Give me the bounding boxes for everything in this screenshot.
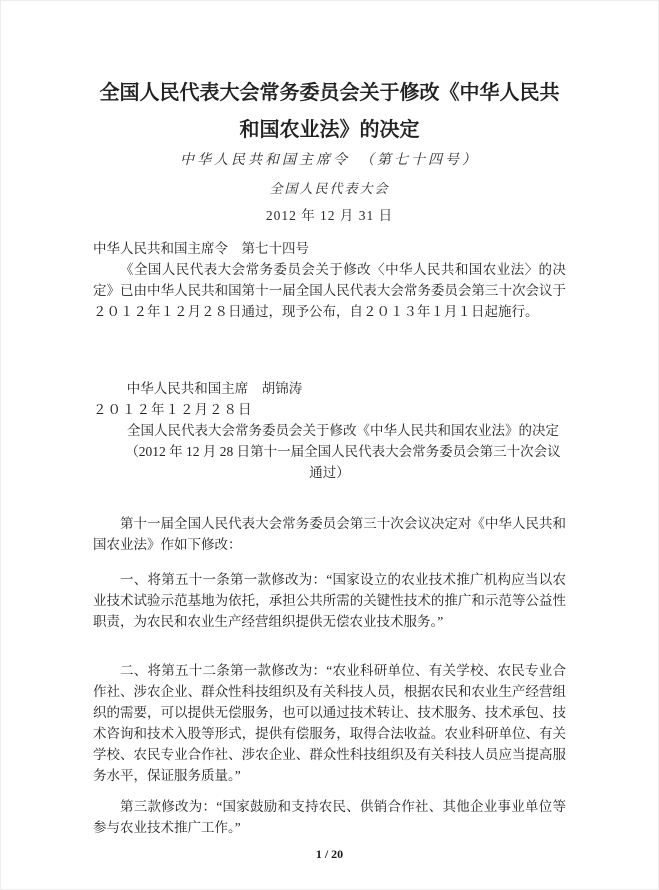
- issuing-organization: 全国人民代表大会: [1, 179, 658, 199]
- amendment-paragraph-1: 一、将第五十一条第一款修改为：“国家设立的农业技术推广机构应当以农业技术试验示范…: [93, 569, 566, 632]
- signature-date: ２０１２年１２月２８日: [93, 399, 566, 420]
- document-page: 全国人民代表大会常务委员会关于修改《中华人民共和国农业法》的决定 中华人民共和国…: [0, 0, 659, 890]
- amendment-paragraph-2: 二、将第五十二条第一款修改为：“农业科研单位、有关学校、农民专业合作社、涉农企业…: [93, 660, 566, 786]
- page-number: 1 / 20: [1, 847, 658, 862]
- decision-section: 全国人民代表大会常务委员会关于修改《中华人民共和国农业法》的决定 （2012 年…: [1, 420, 658, 838]
- decision-intro-paragraph: 第十一届全国人民代表大会常务委员会第三十次会议决定对《中华人民共和国农业法》作如…: [93, 513, 566, 555]
- decree-heading: 中华人民共和国主席令 第七十四号: [93, 238, 566, 259]
- amendment-paragraph-3: 第三款修改为：“国家鼓励和支持农民、供销合作社、其他企业事业单位等参与农业技术推…: [93, 796, 566, 838]
- decree-section: 中华人民共和国主席令 第七十四号 《全国人民代表大会常务委员会关于修改〈中华人民…: [1, 238, 658, 420]
- publish-date: 2012 年 12 月 31 日: [1, 206, 658, 226]
- document-title: 全国人民代表大会常务委员会关于修改《中华人民共和国农业法》的决定: [91, 75, 569, 149]
- president-signature: 中华人民共和国主席 胡锦涛: [93, 378, 566, 399]
- decision-heading: 全国人民代表大会常务委员会关于修改《中华人民共和国农业法》的决定: [93, 420, 566, 441]
- decree-body: 《全国人民代表大会常务委员会关于修改〈中华人民共和国农业法〉的决定》已由中华人民…: [93, 259, 566, 322]
- presidential-order-line: 中华人民共和国主席令 （第七十四号）: [1, 151, 658, 171]
- decision-subheading: （2012 年 12 月 28 日第十一届全国人民代表大会常务委员会第三十次会议…: [93, 441, 566, 483]
